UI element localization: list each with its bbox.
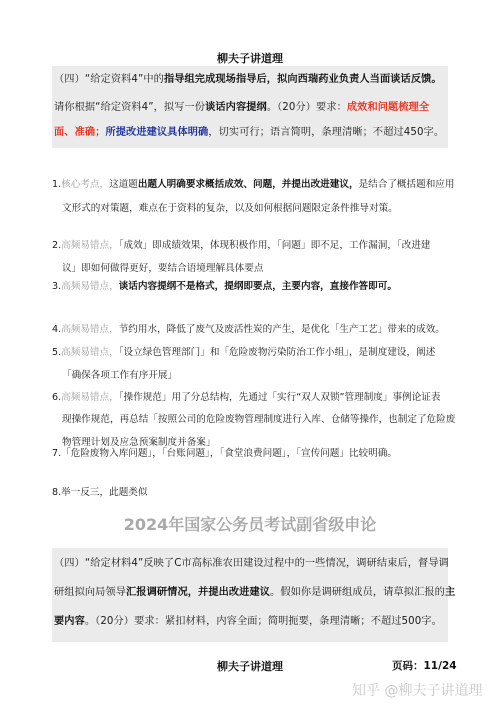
- section-title: 2024年国家公务员考试副省级申论: [0, 512, 500, 535]
- item-number: 1.: [52, 179, 61, 190]
- note-item-5: 5.高频易错点，「设立绿色管理部门」和「危险废物污染防治工作小组」，是制度建设，…: [52, 344, 452, 358]
- red-highlight-text: 面、准确: [54, 127, 95, 138]
- bold-text: 出题人明确要求概括成效、问题，并提出改进建议，: [138, 179, 359, 190]
- note-item-2-cont: 议」即如何做得更好，要结合语境理解具体要点: [62, 260, 462, 274]
- question-line-1: （四）“给定材料4”反映了C市高标准农田建设过程中的一些情况，调研结束后，督导调: [54, 554, 448, 569]
- page-header-title: 柳夫子讲道理: [0, 50, 500, 66]
- note-item-4: 4.高频易错点，节约用水，降低了废气及废活性炭的产生，是优化「生产工艺」带来的成…: [52, 321, 452, 335]
- question-line-2: 研组拟向局领导汇报调研情况，并提出改进建议。假如你是调研组成员，请草拟汇报的主: [54, 583, 448, 598]
- text: 研组拟向局领导: [54, 587, 126, 598]
- text: 请你根据“给定资料4”，拟写一份: [54, 102, 205, 113]
- note-item-6: 6.高频易错点，「操作规范」用了分总结构，先通过「实行“双人双锁”管理制度」事例…: [52, 389, 452, 403]
- text: ，切实可行；语言简明，条理清晰；不超过450字。: [208, 127, 444, 138]
- item-number: 4.: [52, 324, 61, 335]
- item-number: 8.: [52, 487, 61, 498]
- note-tag: 高频易错点，: [61, 347, 119, 358]
- note-item-8: 8.举一反三，此题类似: [52, 484, 452, 498]
- note-tag: 核心考点，: [61, 179, 109, 190]
- bold-text: 指导组完成现场指导后，拟向西瑞药业负责人当面谈话反馈。: [164, 74, 442, 85]
- note-item-2: 2.高频易错点，「成效」即成绩效果，体现积极作用，「问题」即不足，工作漏洞，「改…: [52, 237, 452, 251]
- text: 「危险废物入库问题」，「台账问题」，「食堂浪费问题」，「宣传问题」比较明确。: [61, 448, 397, 459]
- note-tag: 高频易错点，: [61, 324, 119, 335]
- question-line-2: 请你根据“给定资料4”，拟写一份谈话内容提纲。（20分）要求：成效和问题梳理全: [54, 98, 448, 113]
- text: 举一反三，此题类似: [61, 487, 147, 498]
- note-item-1-cont: 文形式的对策题，难点在于资料的复杂，以及如何根据问题限定条件推导对策。: [62, 200, 462, 214]
- question-line-3: 要内容。（20分）要求：紧扣材料，内容全面；简明扼要，条理清晰；不超过500字。: [54, 612, 448, 627]
- text: 「操作规范」用了分总结构，先通过「实行“双人双锁”管理制度」事例论证表: [119, 392, 441, 403]
- text: 。（20分）要求：: [267, 102, 347, 113]
- zhihu-watermark: 知乎 @柳夫子讲道理: [352, 680, 482, 700]
- text: 「设立绿色管理部门」和「危险废物污染防治工作小组」，是制度建设，阐述: [119, 347, 436, 358]
- bold-text: 谈话内容提纲不是格式，提纲即要点，主要内容，直接作答即可。: [119, 281, 397, 292]
- text: （四）“给定材料4”反映了C市高标准农田建设过程中的一些情况，调研结束后，督导调: [54, 558, 449, 569]
- item-number: 6.: [52, 392, 61, 403]
- note-item-1: 1.核心考点，这道题出题人明确要求概括成效、问题，并提出改进建议，是结合了概括题…: [52, 176, 452, 190]
- item-number: 5.: [52, 347, 61, 358]
- note-tag: 高频易错点，: [61, 281, 119, 292]
- note-item-3: 3.高频易错点，谈话内容提纲不是格式，提纲即要点，主要内容，直接作答即可。: [52, 278, 452, 292]
- text: 这道题: [109, 179, 138, 190]
- text: 是结合了概括题和应用: [359, 179, 455, 190]
- text: ；: [95, 127, 105, 138]
- text: （四）“给定资料4”中的: [54, 74, 164, 85]
- bold-text: 主: [445, 587, 455, 598]
- question-box-2023: （四）“给定资料4”中的指导组完成现场指导后，拟向西瑞药业负责人当面谈话反馈。 …: [52, 66, 448, 148]
- blue-highlight-text: 所提改进建议具体明确: [105, 127, 208, 138]
- bold-text: 谈话内容提纲: [205, 102, 267, 113]
- text: 。（20分）要求：紧扣材料，内容全面；简明扼要，条理清晰；不超过500字。: [85, 616, 442, 627]
- bold-text: 要内容: [54, 616, 85, 627]
- text: 节约用水，降低了废气及废活性炭的产生，是优化「生产工艺」带来的成效。: [119, 324, 445, 335]
- text: 「成效」即成绩效果，体现积极作用，「问题」即不足，工作漏洞，「改进建: [119, 240, 431, 251]
- item-number: 2.: [52, 240, 61, 251]
- note-item-5-cont: 「确保各项工作有序开展」: [62, 367, 462, 381]
- question-line-3: 面、准确；所提改进建议具体明确，切实可行；语言简明，条理清晰；不超过450字。: [54, 123, 448, 138]
- note-tag: 高频易错点，: [61, 392, 119, 403]
- text: 。假如你是调研组成员，请草拟汇报的: [270, 587, 445, 598]
- page-number: 页码：11/24: [392, 658, 457, 673]
- note-item-7: 7.「危险废物入库问题」，「台账问题」，「食堂浪费问题」，「宣传问题」比较明确。: [52, 445, 452, 459]
- item-number: 7.: [52, 448, 61, 459]
- question-line-1: （四）“给定资料4”中的指导组完成现场指导后，拟向西瑞药业负责人当面谈话反馈。: [54, 70, 448, 85]
- question-box-2024: （四）“给定材料4”反映了C市高标准农田建设过程中的一些情况，调研结束后，督导调…: [52, 548, 448, 642]
- item-number: 3.: [52, 281, 61, 292]
- note-item-6-cont-1: 现操作规范，再总结「按照公司的危险废物管理制度进行入库、仓储等操作，也制定了危险…: [62, 411, 462, 425]
- red-highlight-text: 成效和问题梳理全: [347, 102, 429, 113]
- note-tag: 高频易错点，: [61, 240, 119, 251]
- bold-text: 汇报调研情况，并提出改进建议: [126, 587, 270, 598]
